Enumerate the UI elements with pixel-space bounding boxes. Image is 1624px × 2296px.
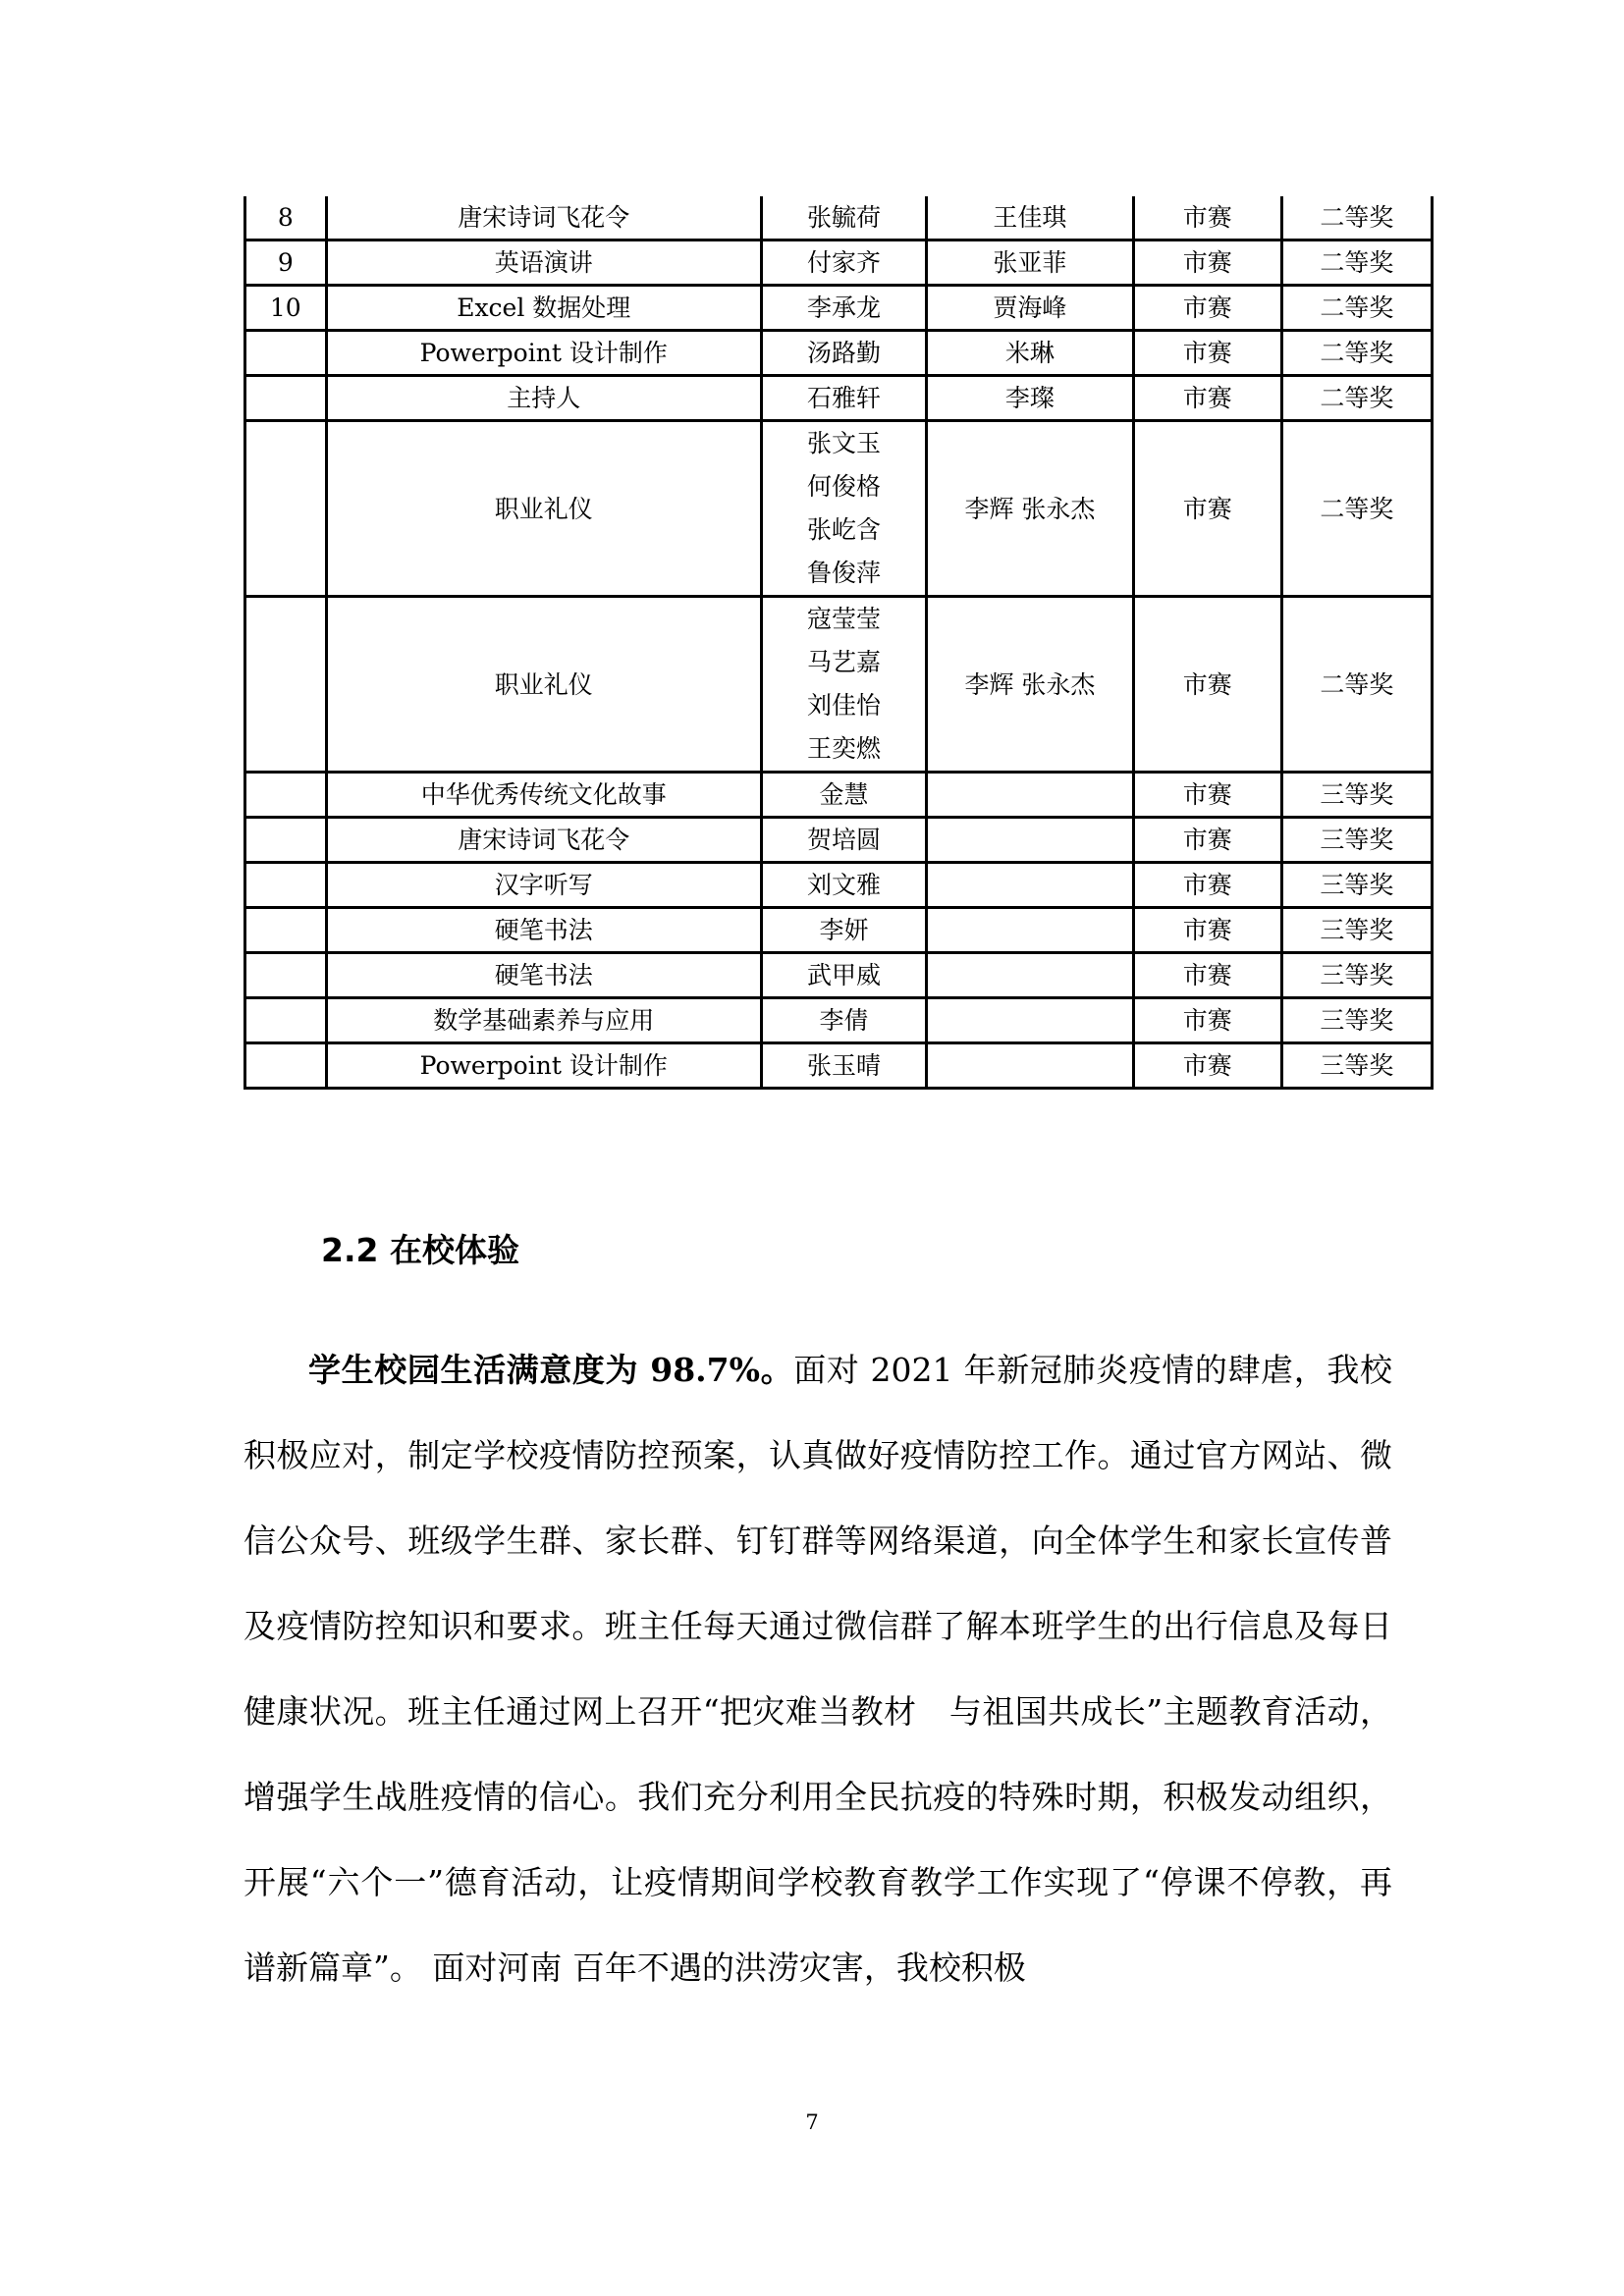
student-name: 金慧 [763,774,925,816]
table-row: 数学基础素养与应用李倩市赛三等奖 [245,998,1433,1043]
cell-no [245,773,327,818]
student-name: 石雅轩 [763,377,925,419]
student-name: 汤路勤 [763,332,925,374]
student-name: 付家齐 [763,241,925,284]
cell-no [245,376,327,421]
cell-no [245,953,327,998]
cell-item: 硬笔书法 [326,953,761,998]
cell-teacher: 李辉 张永杰 [927,421,1134,597]
table-row: 硬笔书法武甲威市赛三等奖 [245,953,1433,998]
cell-award: 二等奖 [1281,597,1432,773]
cell-item: 职业礼仪 [326,421,761,597]
cell-award: 三等奖 [1281,998,1432,1043]
cell-teacher: 张亚菲 [927,240,1134,286]
student-name: 寇莹莹 [763,598,925,641]
cell-teacher [927,863,1134,908]
cell-no [245,998,327,1043]
cell-teacher [927,953,1134,998]
cell-students: 张毓荷 [761,196,926,240]
cell-students: 李承龙 [761,286,926,331]
cell-item: 职业礼仪 [326,597,761,773]
cell-teacher: 贾海峰 [927,286,1134,331]
cell-no: 10 [245,286,327,331]
cell-teacher: 李辉 张永杰 [927,597,1134,773]
student-name: 张玉晴 [763,1044,925,1087]
cell-item: 数学基础素养与应用 [326,998,761,1043]
cell-level: 市赛 [1133,331,1281,376]
page-number: 7 [0,2110,1624,2134]
cell-level: 市赛 [1133,376,1281,421]
student-name: 马艺嘉 [763,641,925,684]
table-row: 职业礼仪寇莹莹马艺嘉刘佳怡王奕燃李辉 张永杰市赛二等奖 [245,597,1433,773]
student-name: 王奕燃 [763,727,925,771]
student-name: 刘佳怡 [763,684,925,727]
cell-students: 石雅轩 [761,376,926,421]
cell-teacher [927,908,1134,953]
table-row: 9英语演讲付家齐张亚菲市赛二等奖 [245,240,1433,286]
cell-item: 英语演讲 [326,240,761,286]
cell-no [245,818,327,863]
cell-item: 汉字听写 [326,863,761,908]
cell-no [245,1043,327,1089]
cell-level: 市赛 [1133,818,1281,863]
cell-item: 主持人 [326,376,761,421]
body-paragraph: 学生校园生活满意度为 98.7%。面对 2021 年新冠肺炎疫情的肆虐，我校积极… [244,1327,1392,2010]
cell-level: 市赛 [1133,597,1281,773]
cell-level: 市赛 [1133,196,1281,240]
cell-award: 三等奖 [1281,953,1432,998]
cell-award: 二等奖 [1281,196,1432,240]
section-heading: 2.2 在校体验 [321,1225,519,1271]
cell-no [245,597,327,773]
cell-item: Excel 数据处理 [326,286,761,331]
cell-award: 二等奖 [1281,376,1432,421]
student-name: 李倩 [763,999,925,1041]
cell-teacher: 米琳 [927,331,1134,376]
cell-award: 三等奖 [1281,773,1432,818]
table-row: 硬笔书法李妍市赛三等奖 [245,908,1433,953]
satisfaction-lead: 学生校园生活满意度为 98.7%。 [308,1351,793,1389]
cell-students: 贺培圆 [761,818,926,863]
student-name: 张屹含 [763,508,925,552]
cell-no [245,421,327,597]
cell-no: 8 [245,196,327,240]
cell-award: 三等奖 [1281,818,1432,863]
cell-no: 9 [245,240,327,286]
cell-students: 张文玉何俊格张屹含鲁俊萍 [761,421,926,597]
cell-level: 市赛 [1133,998,1281,1043]
cell-level: 市赛 [1133,863,1281,908]
cell-award: 三等奖 [1281,1043,1432,1089]
cell-students: 汤路勤 [761,331,926,376]
cell-students: 武甲威 [761,953,926,998]
student-name: 李承龙 [763,287,925,329]
table-row: 10Excel 数据处理李承龙贾海峰市赛二等奖 [245,286,1433,331]
cell-award: 三等奖 [1281,863,1432,908]
table-row: 中华优秀传统文化故事金慧市赛三等奖 [245,773,1433,818]
paragraph-body: 面对 2021 年新冠肺炎疫情的肆虐，我校积极应对，制定学校疫情防控预案，认真做… [244,1351,1392,1987]
student-name: 张文玉 [763,422,925,465]
cell-students: 寇莹莹马艺嘉刘佳怡王奕燃 [761,597,926,773]
cell-no [245,863,327,908]
student-name: 张毓荷 [763,196,925,239]
cell-item: 中华优秀传统文化故事 [326,773,761,818]
cell-students: 李妍 [761,908,926,953]
cell-level: 市赛 [1133,773,1281,818]
table-row: 汉字听写刘文雅市赛三等奖 [245,863,1433,908]
cell-award: 二等奖 [1281,286,1432,331]
student-name: 刘文雅 [763,864,925,906]
cell-item: Powerpoint 设计制作 [326,1043,761,1089]
table-row: 唐宋诗词飞花令贺培圆市赛三等奖 [245,818,1433,863]
cell-award: 二等奖 [1281,331,1432,376]
student-name: 鲁俊萍 [763,552,925,595]
cell-teacher [927,1043,1134,1089]
student-name: 贺培圆 [763,819,925,861]
cell-teacher [927,818,1134,863]
cell-teacher: 王佳琪 [927,196,1134,240]
table-row: Powerpoint 设计制作汤路勤米琳市赛二等奖 [245,331,1433,376]
cell-award: 三等奖 [1281,908,1432,953]
cell-level: 市赛 [1133,286,1281,331]
cell-students: 金慧 [761,773,926,818]
cell-award: 二等奖 [1281,421,1432,597]
cell-award: 二等奖 [1281,240,1432,286]
cell-students: 张玉晴 [761,1043,926,1089]
awards-table: 8唐宋诗词飞花令张毓荷王佳琪市赛二等奖9英语演讲付家齐张亚菲市赛二等奖10Exc… [244,196,1434,1090]
cell-no [245,908,327,953]
cell-students: 刘文雅 [761,863,926,908]
table-row: 主持人石雅轩李璨市赛二等奖 [245,376,1433,421]
cell-item: 唐宋诗词飞花令 [326,196,761,240]
table-row: 职业礼仪张文玉何俊格张屹含鲁俊萍李辉 张永杰市赛二等奖 [245,421,1433,597]
cell-item: Powerpoint 设计制作 [326,331,761,376]
student-name: 何俊格 [763,465,925,508]
cell-teacher [927,773,1134,818]
cell-students: 付家齐 [761,240,926,286]
cell-no [245,331,327,376]
awards-table-body: 8唐宋诗词飞花令张毓荷王佳琪市赛二等奖9英语演讲付家齐张亚菲市赛二等奖10Exc… [245,196,1433,1089]
cell-level: 市赛 [1133,421,1281,597]
cell-students: 李倩 [761,998,926,1043]
cell-teacher [927,998,1134,1043]
student-name: 李妍 [763,909,925,951]
cell-item: 硬笔书法 [326,908,761,953]
cell-level: 市赛 [1133,908,1281,953]
cell-teacher: 李璨 [927,376,1134,421]
cell-level: 市赛 [1133,953,1281,998]
table-row: 8唐宋诗词飞花令张毓荷王佳琪市赛二等奖 [245,196,1433,240]
cell-level: 市赛 [1133,1043,1281,1089]
table-row: Powerpoint 设计制作张玉晴市赛三等奖 [245,1043,1433,1089]
student-name: 武甲威 [763,954,925,996]
cell-item: 唐宋诗词飞花令 [326,818,761,863]
cell-level: 市赛 [1133,240,1281,286]
